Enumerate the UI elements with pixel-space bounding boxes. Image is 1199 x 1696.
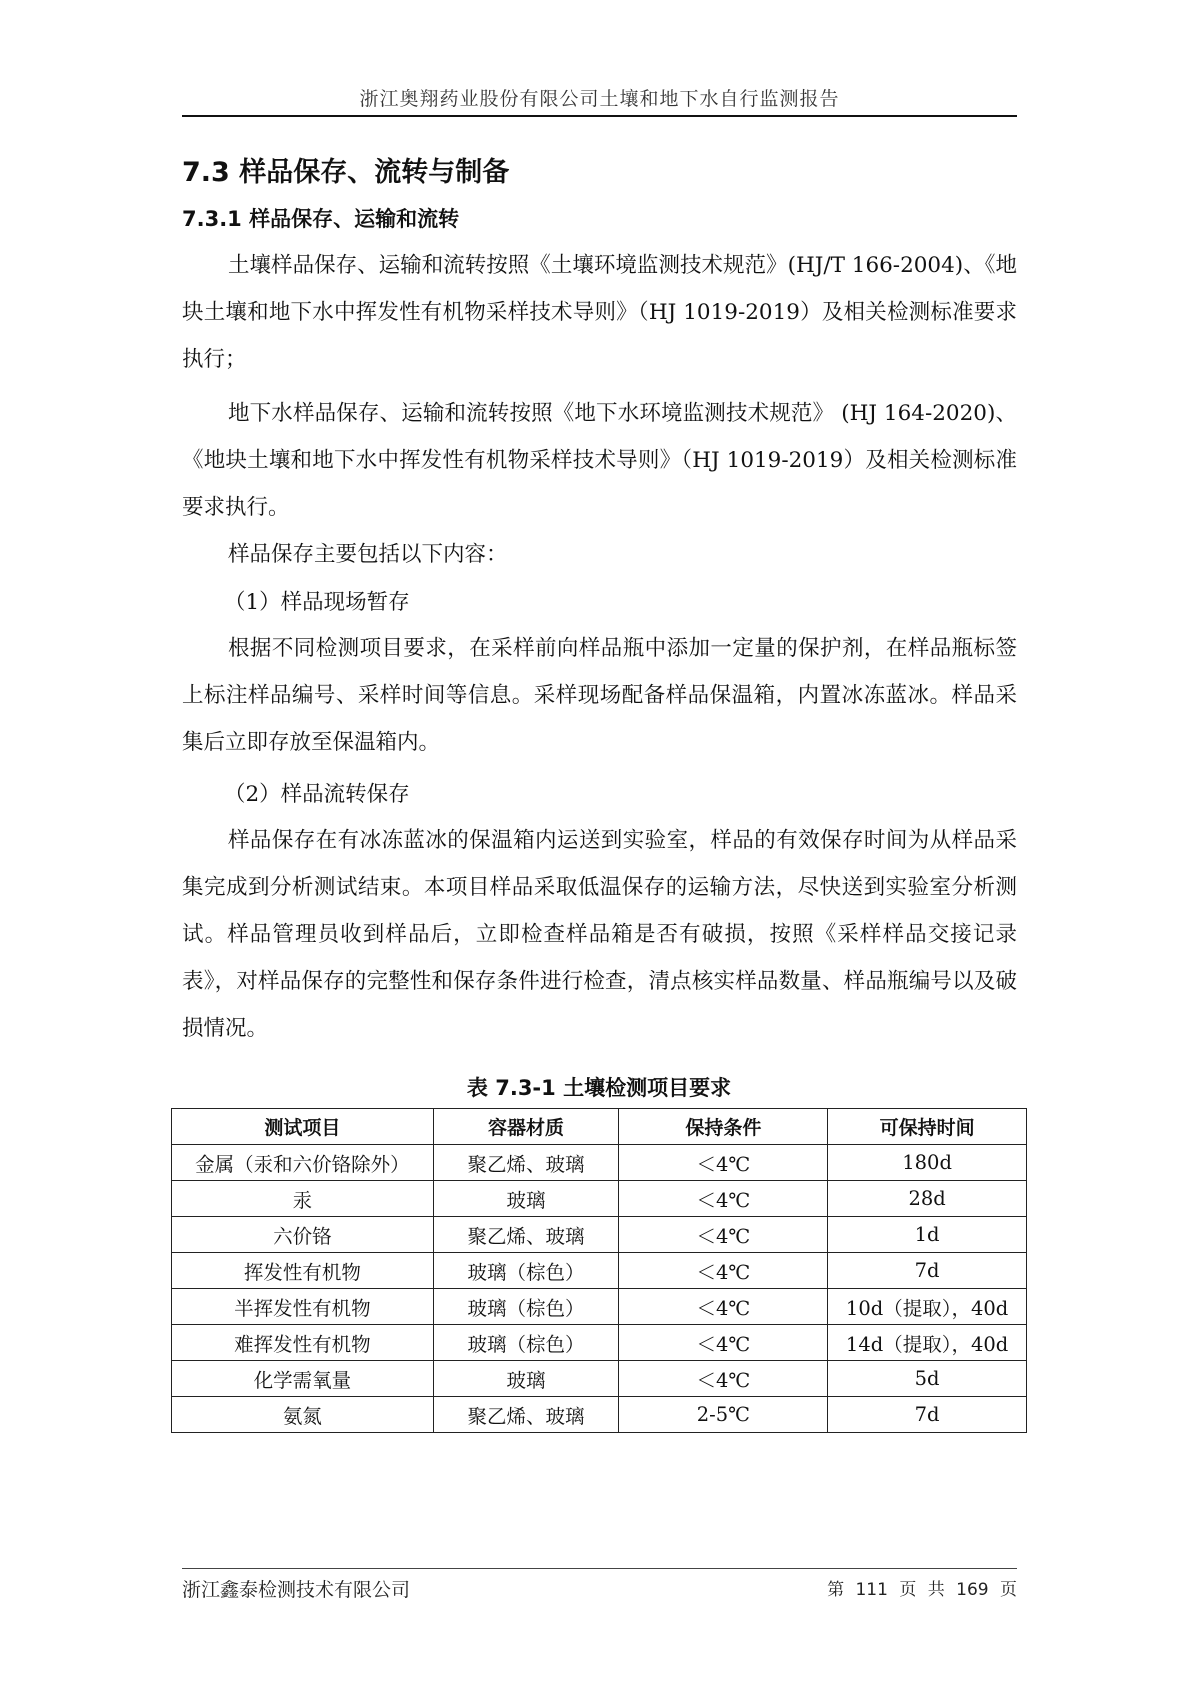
column-header: 保持条件 xyxy=(619,1109,828,1145)
table-row: 汞 玻璃 ＜4℃ 28d xyxy=(172,1181,1027,1217)
footer-company: 浙江鑫泰检测技术有限公司 xyxy=(182,1575,410,1602)
table-cell: 10d（提取），40d xyxy=(828,1289,1027,1325)
table-cell: 难挥发性有机物 xyxy=(172,1325,434,1361)
table-row: 难挥发性有机物 玻璃（棕色） ＜4℃ 14d（提取），40d xyxy=(172,1325,1027,1361)
table-cell: 挥发性有机物 xyxy=(172,1253,434,1289)
paragraph-groundwater-storage: 地下水样品保存、运输和流转按照《地下水环境监测技术规范》 (HJ 164-202… xyxy=(182,390,1017,531)
table-cell: 汞 xyxy=(172,1181,434,1217)
table-cell: 2-5℃ xyxy=(619,1397,828,1433)
table-cell: 化学需氧量 xyxy=(172,1361,434,1397)
section-heading: 7.3 样品保存、流转与制备 xyxy=(182,150,509,189)
column-header: 容器材质 xyxy=(433,1109,619,1145)
table-cell: 玻璃 xyxy=(433,1361,619,1397)
paragraph-storage-intro: 样品保存主要包括以下内容： xyxy=(182,531,1017,578)
table-cell: 玻璃（棕色） xyxy=(433,1289,619,1325)
table-cell: 1d xyxy=(828,1217,1027,1253)
table-row: 半挥发性有机物 玻璃（棕色） ＜4℃ 10d（提取），40d xyxy=(172,1289,1027,1325)
table-cell: 7d xyxy=(828,1397,1027,1433)
table-caption: 表 7.3-1 土壤检测项目要求 xyxy=(171,1072,1027,1102)
table-row: 化学需氧量 玻璃 ＜4℃ 5d xyxy=(172,1361,1027,1397)
table-cell: 玻璃（棕色） xyxy=(433,1325,619,1361)
header-divider xyxy=(182,115,1017,117)
table-row: 六价铬 聚乙烯、玻璃 ＜4℃ 1d xyxy=(172,1217,1027,1253)
table-row: 金属（汞和六价铬除外） 聚乙烯、玻璃 ＜4℃ 180d xyxy=(172,1145,1027,1181)
item-label-transfer-storage: （2）样品流转保存 xyxy=(224,777,410,808)
subsection-heading: 7.3.1 样品保存、运输和流转 xyxy=(182,203,459,233)
table-cell: 7d xyxy=(828,1253,1027,1289)
footer-divider xyxy=(182,1568,1017,1569)
table-header-row: 测试项目 容器材质 保持条件 可保持时间 xyxy=(172,1109,1027,1145)
table-cell: 聚乙烯、玻璃 xyxy=(433,1217,619,1253)
table-cell: 金属（汞和六价铬除外） xyxy=(172,1145,434,1181)
table-cell: 半挥发性有机物 xyxy=(172,1289,434,1325)
paragraph-transfer-storage: 样品保存在有冰冻蓝冰的保温箱内运送到实验室，样品的有效保存时间为从样品采集完成到… xyxy=(182,817,1017,1052)
item-label-onsite-storage: （1）样品现场暂存 xyxy=(224,585,410,616)
table-cell: ＜4℃ xyxy=(619,1289,828,1325)
page-header-title: 浙江奥翔药业股份有限公司土壤和地下水自行监测报告 xyxy=(182,84,1017,111)
table-cell: 玻璃 xyxy=(433,1181,619,1217)
paragraph-soil-storage: 土壤样品保存、运输和流转按照《土壤环境监测技术规范》(HJ/T 166-2004… xyxy=(182,242,1017,383)
table-cell: 六价铬 xyxy=(172,1217,434,1253)
table-cell: ＜4℃ xyxy=(619,1253,828,1289)
table-cell: 氨氮 xyxy=(172,1397,434,1433)
table-cell: ＜4℃ xyxy=(619,1217,828,1253)
table-cell: ＜4℃ xyxy=(619,1361,828,1397)
table-cell: ＜4℃ xyxy=(619,1181,828,1217)
footer-page-number: 第 111 页 共 169 页 xyxy=(827,1575,1017,1600)
table-cell: ＜4℃ xyxy=(619,1145,828,1181)
table-cell: 玻璃（棕色） xyxy=(433,1253,619,1289)
column-header: 测试项目 xyxy=(172,1109,434,1145)
table-row: 氨氮 聚乙烯、玻璃 2-5℃ 7d xyxy=(172,1397,1027,1433)
soil-test-requirements-table: 测试项目 容器材质 保持条件 可保持时间 金属（汞和六价铬除外） 聚乙烯、玻璃 … xyxy=(171,1108,1027,1433)
table-cell: 聚乙烯、玻璃 xyxy=(433,1397,619,1433)
table-cell: 180d xyxy=(828,1145,1027,1181)
table-cell: 聚乙烯、玻璃 xyxy=(433,1145,619,1181)
table-cell: 14d（提取），40d xyxy=(828,1325,1027,1361)
paragraph-onsite-storage: 根据不同检测项目要求，在采样前向样品瓶中添加一定量的保护剂，在样品瓶标签上标注样… xyxy=(182,625,1017,766)
column-header: 可保持时间 xyxy=(828,1109,1027,1145)
table-cell: 5d xyxy=(828,1361,1027,1397)
table-cell: ＜4℃ xyxy=(619,1325,828,1361)
table-row: 挥发性有机物 玻璃（棕色） ＜4℃ 7d xyxy=(172,1253,1027,1289)
table-cell: 28d xyxy=(828,1181,1027,1217)
